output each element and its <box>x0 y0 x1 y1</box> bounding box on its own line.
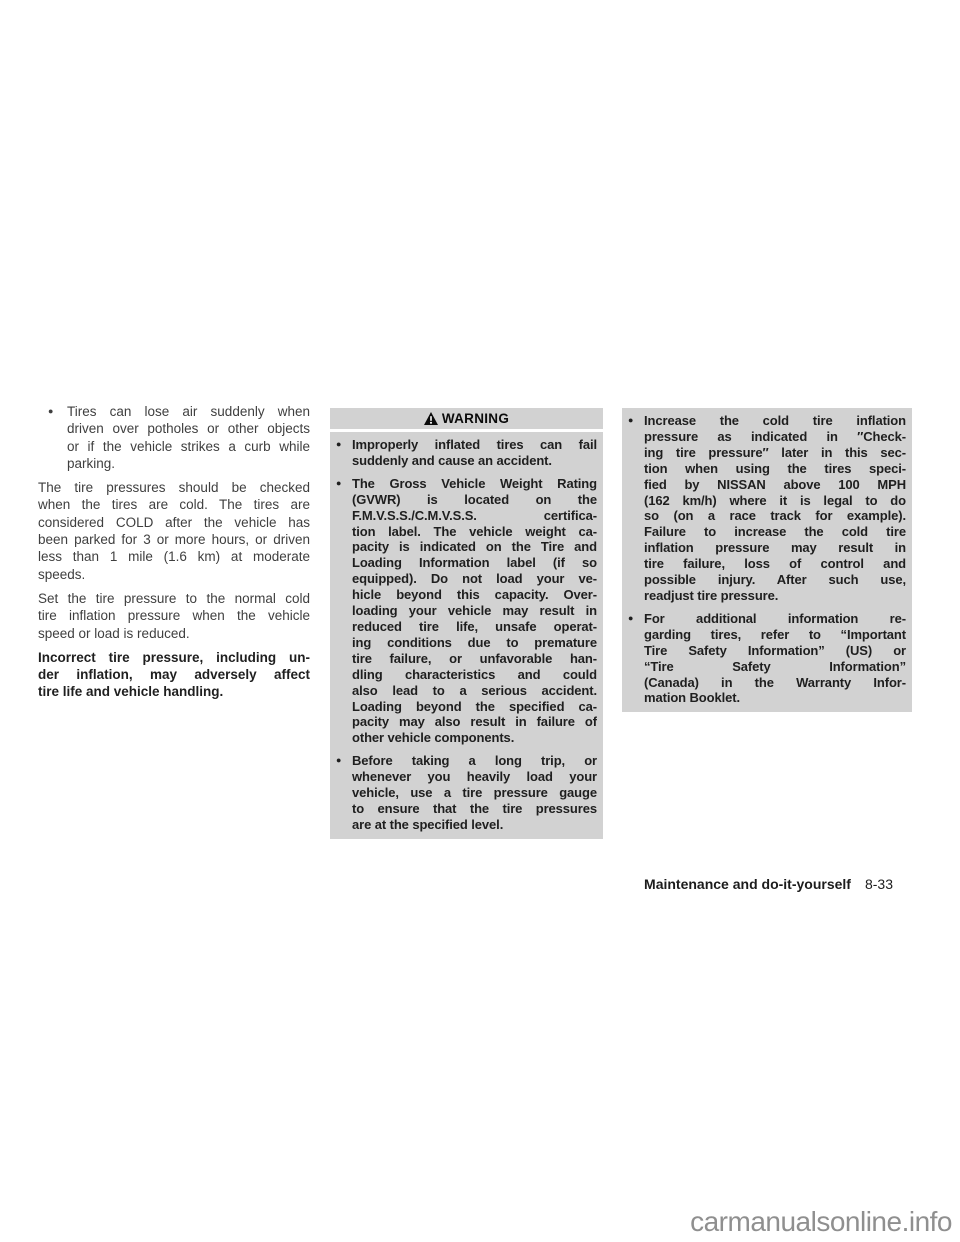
text-line: fied by NISSAN above 100 MPH <box>644 477 906 493</box>
text-line: considered COLD after the vehicle has <box>38 514 310 531</box>
warning-body: ●Improperly inflated tires can failsudde… <box>330 432 603 839</box>
text-line: The Gross Vehicle Weight Rating <box>352 476 597 492</box>
text-line: hicle beyond this capacity. Over- <box>352 587 597 603</box>
paragraph: Incorrect tire pressure, including un-de… <box>38 649 310 701</box>
bullet-item: ●Tires can lose air suddenly whendriven … <box>38 403 310 472</box>
text-line: (Canada) in the Warranty Infor- <box>644 675 906 691</box>
text-line: For additional information re- <box>644 611 906 627</box>
text-line: also lead to a serious accident. <box>352 683 597 699</box>
text-line: to ensure that the tire pressures <box>352 801 597 817</box>
bullet-icon: ● <box>628 413 633 429</box>
bullet-item: ●Before taking a long trip, orwhenever y… <box>336 753 597 833</box>
bullet-icon: ● <box>48 403 53 420</box>
text-line: vehicle, use a tire pressure gauge <box>352 785 597 801</box>
text-line: possible injury. After such use, <box>644 572 906 588</box>
warning-continued-box: ●Increase the cold tire inflationpressur… <box>622 408 912 712</box>
text-line: less than 1 mile (1.6 km) at moderate <box>38 548 310 565</box>
text-line: other vehicle components. <box>352 730 597 746</box>
text-line: suddenly and cause an accident. <box>352 453 597 469</box>
bullet-icon: ● <box>336 476 341 492</box>
manual-page: ●Tires can lose air suddenly whendriven … <box>0 0 960 1242</box>
text-line: been parked for 3 or more hours, or driv… <box>38 531 310 548</box>
text-line: The tire pressures should be checked <box>38 479 310 496</box>
bullet-item: ●Increase the cold tire inflationpressur… <box>628 413 906 604</box>
text-line: pacity may also result in failure of <box>352 714 597 730</box>
text-line: reduced tire life, unsafe operat- <box>352 619 597 635</box>
text-line: mation Booklet. <box>644 690 906 706</box>
text-line: tire failure, loss of control and <box>644 556 906 572</box>
text-line: readjust tire pressure. <box>644 588 906 604</box>
text-line: pressure as indicated in ″Check- <box>644 429 906 445</box>
warning-header: WARNING <box>330 408 603 429</box>
text-line: or if the vehicle strikes a curb while <box>67 438 310 455</box>
text-line: F.M.V.S.S./C.M.V.S.S. certifica- <box>352 508 597 524</box>
text-line: ing tire pressure″ later in this sec- <box>644 445 906 461</box>
text-line: loading your vehicle may result in <box>352 603 597 619</box>
watermark: carmanualsonline.info <box>690 1206 952 1238</box>
text-line: speeds. <box>38 566 310 583</box>
text-line: Before taking a long trip, or <box>352 753 597 769</box>
text-line: when the tires are cold. The tires are <box>38 496 310 513</box>
text-line: dling characteristics and could <box>352 667 597 683</box>
text-line: tion label. The vehicle weight ca- <box>352 524 597 540</box>
warning-label: WARNING <box>442 411 509 426</box>
paragraph: The tire pressures should be checkedwhen… <box>38 479 310 583</box>
text-line: driven over potholes or other objects <box>67 420 310 437</box>
text-line: tire inflation pressure when the vehicle <box>38 607 310 624</box>
bullet-icon: ● <box>336 437 341 453</box>
footer-section-title: Maintenance and do-it-yourself <box>644 876 851 892</box>
text-line: (162 km/h) where it is legal to do <box>644 493 906 509</box>
text-line: Incorrect tire pressure, including un- <box>38 649 310 666</box>
paragraph: Set the tire pressure to the normal cold… <box>38 590 310 642</box>
page-footer: Maintenance and do-it-yourself8-33 <box>644 876 893 892</box>
text-line: equipped). Do not load your ve- <box>352 571 597 587</box>
column-left-text: ●Tires can lose air suddenly whendriven … <box>38 403 310 701</box>
text-line: Improperly inflated tires can fail <box>352 437 597 453</box>
text-line: are at the specified level. <box>352 817 597 833</box>
text-line: (GVWR) is located on the <box>352 492 597 508</box>
bullet-item: ●Improperly inflated tires can failsudde… <box>336 437 597 469</box>
text-line: parking. <box>67 455 310 472</box>
bullet-icon: ● <box>336 753 341 769</box>
warning-triangle-icon <box>424 412 438 425</box>
bullet-item: ●The Gross Vehicle Weight Rating(GVWR) i… <box>336 476 597 746</box>
text-line: inflation pressure may result in <box>644 540 906 556</box>
text-line: der inflation, may adversely affect <box>38 666 310 683</box>
text-line: Failure to increase the cold tire <box>644 524 906 540</box>
text-line: Loading Information label (if so <box>352 555 597 571</box>
text-line: “Tire Safety Information” <box>644 659 906 675</box>
bullet-icon: ● <box>628 611 633 627</box>
text-line: Tire Safety Information” (US) or <box>644 643 906 659</box>
text-line: tion when using the tires speci- <box>644 461 906 477</box>
bullet-item: ●For additional information re-garding t… <box>628 611 906 706</box>
text-line: speed or load is reduced. <box>38 625 310 642</box>
text-line: whenever you heavily load your <box>352 769 597 785</box>
text-line: Loading beyond the specified ca- <box>352 699 597 715</box>
warning-box: WARNING ●Improperly inflated tires can f… <box>330 408 603 839</box>
text-line: garding tires, refer to “Important <box>644 627 906 643</box>
text-line: so (on a race track for example). <box>644 508 906 524</box>
text-line: tire life and vehicle handling. <box>38 683 310 700</box>
text-line: Set the tire pressure to the normal cold <box>38 590 310 607</box>
text-line: tire failure, or unfavorable han- <box>352 651 597 667</box>
text-line: Increase the cold tire inflation <box>644 413 906 429</box>
text-line: ing conditions due to premature <box>352 635 597 651</box>
text-line: pacity is indicated on the Tire and <box>352 539 597 555</box>
footer-page-number: 8-33 <box>865 876 893 892</box>
text-line: Tires can lose air suddenly when <box>67 403 310 420</box>
